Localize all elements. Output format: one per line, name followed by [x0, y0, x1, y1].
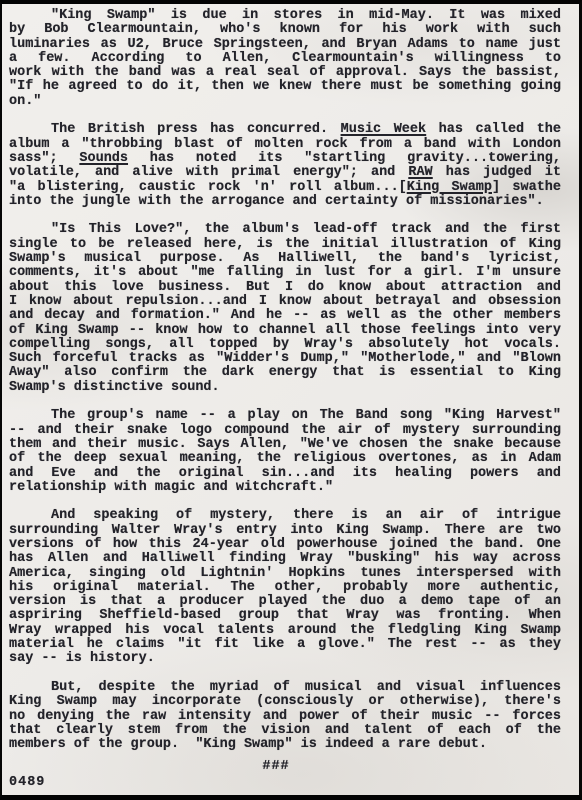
underlined-text: King Swamp: [407, 180, 492, 195]
paragraph: "Is This Love?", the album's lead-off tr…: [9, 223, 561, 395]
text-line: Such forceful tracks as "Widder's Dump,"…: [9, 352, 561, 366]
text-line: album a "throbbing blast of molten rock …: [9, 138, 561, 152]
text-line: relationship with magic and witchcraft.": [9, 481, 561, 495]
text-line: on.": [9, 95, 561, 109]
text-line: volatile, and alive with primal energy";…: [9, 166, 561, 180]
paragraph: "King Swamp" is due in stores in mid-May…: [9, 9, 561, 109]
text-line: "If he agreed to do it, then we knew the…: [9, 80, 561, 94]
text-line: his original material. The other, probab…: [9, 581, 561, 595]
underlined-text: Music Week: [341, 122, 426, 137]
text-line: The group's name -- a play on The Band s…: [9, 409, 561, 423]
text-line: them and their music. Says Allen, "We've…: [9, 438, 561, 452]
scanned-page: "King Swamp" is due in stores in mid-May…: [0, 0, 582, 800]
text-line: Away" also confirm the dark energy that …: [9, 366, 561, 380]
text-line: aspriring Sheffield-based group that Wra…: [9, 609, 561, 623]
text-line: -- and their snake logo compound the air…: [9, 424, 561, 438]
text-line: America, singing old Lightnin' Hopkins t…: [9, 567, 561, 581]
text-line: of King Swamp -- know how to channel all…: [9, 324, 561, 338]
text-line: versions of how this 24-year old powerho…: [9, 538, 561, 552]
end-mark: ###: [0, 760, 552, 774]
text-line: into the jungle with the arrogance and c…: [9, 195, 561, 209]
text-line: work with the band was a real seal of ap…: [9, 66, 561, 80]
text-line: "King Swamp" is due in stores in mid-May…: [9, 9, 561, 23]
text-line: The British press has concurred. Music W…: [9, 123, 561, 137]
underlined-text: RAW: [408, 165, 432, 180]
text-line: material he claims "it fit like a glove.…: [9, 638, 561, 652]
text-line: surrounding Walter Wray's entry into Kin…: [9, 524, 561, 538]
text-line: I know about repulsion...and I know abou…: [9, 295, 561, 309]
underlined-text: Sounds: [79, 151, 128, 166]
paragraph: And speaking of mystery, there is an air…: [9, 509, 561, 666]
text-line: and Eve and the original sin...and its h…: [9, 467, 561, 481]
text-line: version is that a producer played the du…: [9, 595, 561, 609]
text-line: members of the group. "King Swamp" is in…: [9, 738, 561, 752]
text-line: And speaking of mystery, there is an air…: [9, 509, 561, 523]
paragraph: The British press has concurred. Music W…: [9, 123, 561, 209]
text-line: no denying the raw intensity and power o…: [9, 710, 561, 724]
text-line: that clearly stem from the vision and ta…: [9, 724, 561, 738]
text-line: "a blistering, caustic rock 'n' roll alb…: [9, 181, 561, 195]
text-line: But, despite the myriad of musical and v…: [9, 681, 561, 695]
text-line: about this love business. But I do know …: [9, 281, 561, 295]
text-line: Swamp's distinctive sound.: [9, 381, 561, 395]
text-line: comments, it's about "me falling in lust…: [9, 266, 561, 280]
paragraph: But, despite the myriad of musical and v…: [9, 681, 561, 752]
text-line: Swamp's musical purpose. As Halliwell, t…: [9, 252, 561, 266]
text-line: Wray wrapped his vocal talents around th…: [9, 624, 561, 638]
text-line: single to be released here, is the initi…: [9, 238, 561, 252]
text-line: a few. According to Allen, Clearmountain…: [9, 52, 561, 66]
text-line: "Is This Love?", the album's lead-off tr…: [9, 223, 561, 237]
text-line: and decay and formation." And he -- as w…: [9, 309, 561, 323]
text-line: of the deep sexual meaning, the religiou…: [9, 452, 561, 466]
text-line: luminaries as U2, Bruce Springsteen, and…: [9, 38, 561, 52]
document-body: "King Swamp" is due in stores in mid-May…: [9, 9, 561, 752]
paragraph: The group's name -- a play on The Band s…: [9, 409, 561, 495]
text-line: say -- is history.: [9, 652, 561, 666]
text-line: compelling songs, all topped by Wray's a…: [9, 338, 561, 352]
page-number: 0489: [9, 776, 579, 790]
text-line: by Bob Clearmountain, who's known for hi…: [9, 23, 561, 37]
text-line: has Allen and Halliwell finding Wray "bu…: [9, 552, 561, 566]
text-line: sass"; Sounds has noted its "startling g…: [9, 152, 561, 166]
text-line: King Swamp may incorporate (consciously …: [9, 695, 561, 709]
